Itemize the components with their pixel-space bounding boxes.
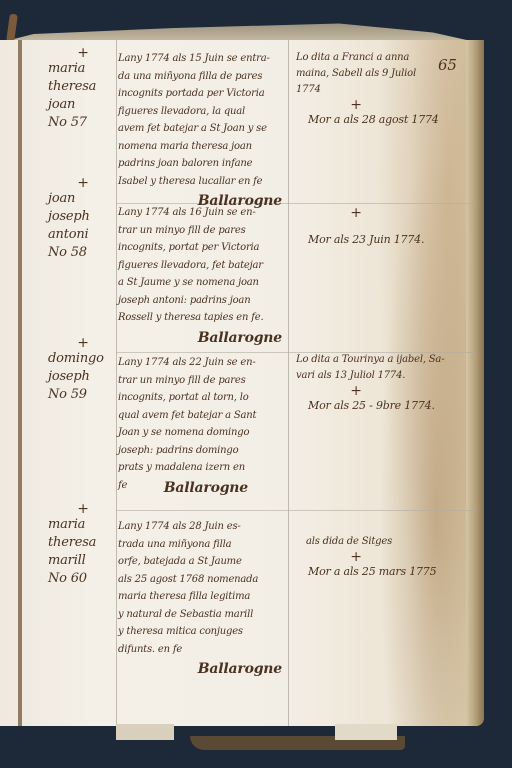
binding-gutter: [18, 40, 22, 726]
entry-annotation: Lo dita a Franci a anna maina, Sabell al…: [296, 50, 461, 128]
cross-icon: +: [296, 550, 416, 564]
entry-margin-name: + maria theresa marill No 60: [48, 502, 118, 588]
binding-string: [6, 14, 18, 43]
cross-icon: +: [296, 206, 416, 220]
entry-annotation: + Mor als 23 Juin 1774.: [296, 206, 461, 248]
entry-annotation: als dida de Sitges + Mor a als 25 mars 1…: [296, 534, 461, 580]
entry-text: Lany 1774 als 16 Juin se en- trar un min…: [118, 204, 288, 349]
entry-number: No 58: [48, 244, 118, 262]
death-note: Mor a als 25 mars 1775: [296, 564, 461, 580]
death-note: Mor als 25 - 9bre 1774.: [296, 398, 461, 414]
death-note: Mor als 23 Juin 1774.: [296, 232, 461, 248]
entry-margin-name: + joan joseph antoni No 58: [48, 176, 118, 262]
entry-annotation: Lo dita a Tourinya a ijabel, Sa- vari al…: [296, 352, 461, 414]
page-edge-right: [466, 40, 484, 726]
entry-number: No 59: [48, 386, 118, 404]
signature: Ballarogne: [164, 477, 288, 499]
cross-icon: +: [296, 384, 416, 398]
entry-text: Lany 1774 als 15 Juin se entra- da una m…: [118, 50, 288, 212]
cross-icon: +: [48, 46, 118, 60]
cross-icon: +: [48, 502, 118, 516]
cross-icon: +: [48, 336, 118, 350]
signature: Ballarogne: [118, 658, 288, 680]
death-note: Mor a als 28 agost 1774: [296, 112, 461, 128]
entry-margin-name: + domingo joseph No 59: [48, 336, 118, 404]
entry-number: No 60: [48, 570, 118, 588]
loose-slip: [335, 724, 397, 740]
signature: Ballarogne: [118, 327, 288, 349]
column-rule: [288, 40, 289, 726]
entry-margin-name: + maria theresa joan No 57: [48, 46, 118, 132]
entry-number: No 57: [48, 114, 118, 132]
row-rule: [116, 510, 476, 511]
loose-slip: [116, 724, 174, 740]
cross-icon: +: [48, 176, 118, 190]
register-page: 65 + maria theresa joan No 57 Lany 1774 …: [0, 40, 484, 726]
entry-text: Lany 1774 als 28 Juin es- trada una miñy…: [118, 518, 288, 680]
entry-text: Lany 1774 als 22 Juin se en- trar un min…: [118, 354, 288, 499]
cross-icon: +: [296, 98, 416, 112]
